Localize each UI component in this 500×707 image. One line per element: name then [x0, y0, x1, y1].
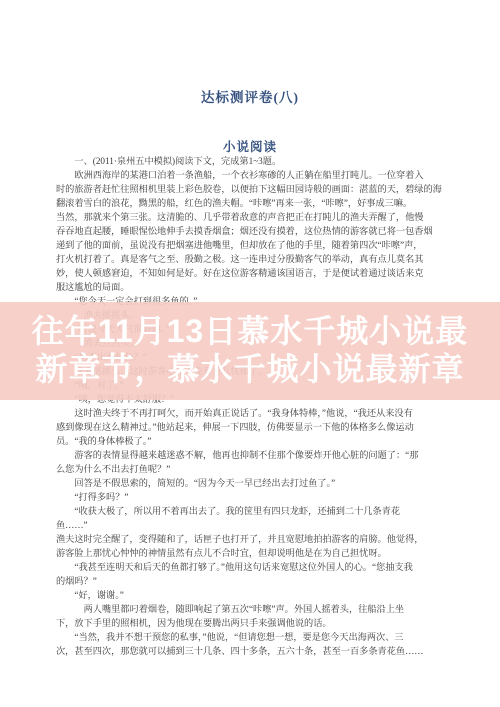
watermark-text: 往年11月13日慕水千城小说最 新章节，慕水千城小说最新章 — [0, 312, 500, 388]
text-line: 的烟吗？” — [56, 574, 488, 588]
text-line: 这时渔夫终于不再打呵欠，而开始真正说话了。“我身体特棒，”他说，“我还从来没有 — [56, 406, 488, 420]
text-line: 当然，那就来个第三张。这清脆的、几乎带着敌意的声音把正在打盹儿的渔夫弄醒了，他慢 — [56, 210, 488, 224]
text-line: 游客脸上那忧心忡忡的神情虽然有点儿不合时宜，但却说明他是在为自己担忧呀。 — [56, 546, 488, 560]
text-line: 打火机打着了。真是客气之至、殷勤之极。这一连串过分殷勤客气的举动，真有点儿莫名其 — [56, 252, 488, 266]
text-line: 游客的表情显得越来越迷惑不解，他再也抑制不住那个像要炸开他心脏的问题了：“那 — [56, 448, 488, 462]
text-line: 下，放下手里的照相机，因为他现在要腾出两只手来强调他说的话。 — [56, 616, 488, 630]
text-line: 欧洲西海岸的某港口泊着一条渔船，一个衣衫寒碜的人正躺在船里打盹儿。一位穿着入 — [56, 168, 488, 182]
watermark-line-2: 新章节，慕水千城小说最新章 — [0, 350, 500, 388]
watermark-line-1: 往年11月13日慕水千城小说最 — [0, 312, 500, 350]
paper-title: 达标测评卷(八) — [0, 0, 500, 106]
text-line: 一、(2011·泉州五中模拟)阅读下文，完成第1~3题。 — [56, 154, 488, 168]
text-line: 递到了他的面前，虽说没有把烟塞进他嘴里，但却放在了他的手里，随着第四次“咔嚓”声… — [56, 238, 488, 252]
text-line: 吞吞地直起腰，睡眼惺忪地伸手去摸香烟盒；烟还没有摸着，这位热情的游客就已将一包香… — [56, 224, 488, 238]
text-line: “当然，我并不想干预您的私事，”他说，“但请您想一想，要是您今天出海两次、三 — [56, 630, 488, 644]
text-line: 鱼……” — [56, 518, 488, 532]
text-line: “收获大极了，所以用不着再出去了。我的筐里有四只龙虾，还捕到二十几条青花 — [56, 504, 488, 518]
text-line: 时的旅游者赶忙往照相机里装上彩色胶卷，以便拍下这幅田园诗般的画面：湛蓝的天，碧绿… — [56, 182, 488, 196]
text-line: 次，甚至四次，那您就可以捕到三十几条、四十多条，五六十条，甚至一百多条青花鱼…… — [56, 644, 488, 658]
document-lines: 一、(2011·泉州五中模拟)阅读下文，完成第1~3题。欧洲西海岸的某港口泊着一… — [56, 154, 488, 658]
text-line: “好，谢谢。” — [56, 588, 488, 602]
text-line: 员。“我的身体棒极了。” — [56, 434, 488, 448]
section-title: 小说阅读 — [0, 137, 500, 155]
document-body: 一、(2011·泉州五中模拟)阅读下文，完成第1~3题。欧洲西海岸的某港口泊着一… — [56, 154, 488, 658]
text-line: 妙，使人顿感窘迫，不知如何是好。好在这位游客精通该国语言，于是便试着通过谈话来克 — [56, 266, 488, 280]
text-line: 翻滚着雪白的浪花，黝黑的船，红色的渔夫帽。“咔嚓”再来一张，“咔嚓”，好事成三嘛… — [56, 196, 488, 210]
text-line: 感到像现在这么精神过。”他站起来，伸展一下四肢，仿佛要显示一下他的体格多么像运动 — [56, 420, 488, 434]
text-line: “打得多吗？” — [56, 490, 488, 504]
paper-header: 达标测评卷(八) 小说阅读 — [0, 0, 500, 155]
watermark-overlay: 往年11月13日慕水千城小说最 新章节，慕水千城小说最新章 — [0, 302, 500, 400]
text-line: “我甚至连明天和后天的鱼都打够了。”他用这句话来宽慰这位外国人的心。“您抽支我 — [56, 560, 488, 574]
text-line: 么您为什么不出去打鱼呢？” — [56, 462, 488, 476]
text-line: 服这尴尬的局面。 — [56, 280, 488, 294]
text-line: 回答是不假思索的，简短的。“因为今天一早已经出去打过鱼了。” — [56, 476, 488, 490]
text-line: 渔夫这时完全醒了，变得随和了，话匣子也打开了，并且宽慰地拍拍游客的肩膀。他觉得， — [56, 532, 488, 546]
text-line: 两人嘴里都叼着烟卷，随即响起了第五次“咔嚓”声。外国人摇着头，往船沿上坐 — [56, 602, 488, 616]
test-paper-page: 达标测评卷(八) 小说阅读 一、(2011·泉州五中模拟)阅读下文，完成第1~3… — [0, 0, 500, 707]
